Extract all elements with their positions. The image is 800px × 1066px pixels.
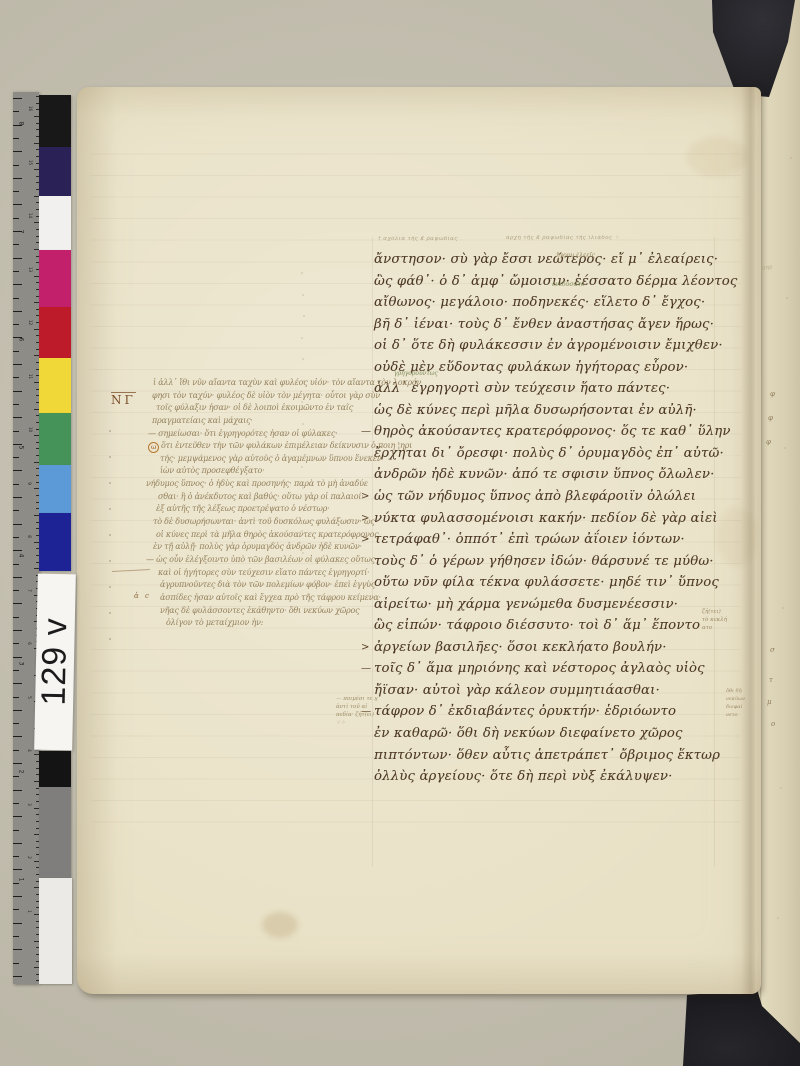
edge-speck (786, 297, 788, 299)
folio-number-card: 129 v (34, 574, 76, 751)
ruler-tick (13, 364, 22, 365)
main-text-block: ἄνστησον· σὺ γὰρ ἔσσι νεώτερος· εἴ μ᾽ ἐλ… (374, 249, 730, 788)
scholion-line: πραγματείαις καὶ μάχαις· (152, 415, 390, 428)
pricking-dot (109, 534, 111, 536)
ruler-number-right: 14 (28, 213, 33, 218)
scholion-line: ἐξ αὐτῆς τῆς λέξεως προετρέψατο ὁ νέστωρ… (156, 503, 390, 516)
ruler-tick (13, 736, 22, 737)
ruler-tick (13, 976, 22, 977)
scholion-line: τὸ δὲ δυσωρήσωνται· ἀντὶ τοῦ δυσκόλως φυ… (153, 516, 390, 529)
scholion-text: ἐξ αὐτῆς τῆς λέξεως προετρέψατο ὁ νέστωρ… (156, 504, 330, 513)
main-text-line: ὣς εἰπών· τάφροιο διέσσυτο· τοὶ δ᾽ ἅμ᾽ ἕ… (374, 615, 730, 637)
quire-mark: ΝΓ (111, 392, 136, 407)
ruler-tick (13, 763, 22, 764)
show-through-dot (302, 358, 304, 360)
scholion-line: ὀλίγον τὸ μεταίχμιον ἦν: (166, 617, 390, 630)
margin-note-line: — ποιμέσι τε ϗ (336, 695, 378, 703)
color-patch-white (39, 196, 71, 250)
interlinear-gloss: ἐνεδύσατο (552, 281, 584, 288)
margin-note-line: τὸ κεκλή (702, 616, 727, 624)
ruler-tick (13, 431, 19, 432)
ruler-tick (13, 258, 22, 259)
faded-header-right: ἀρχὴ τῆς κ̄ ῥαψωδίας τῆς ἰλιάδος ⁘ (506, 235, 652, 241)
edge-speck (777, 917, 779, 919)
scholion-line: ἐν τῇ αὐλῇ· πολὺς γὰρ ὀρυμαγδὸς ἀνδρῶν ἠ… (153, 541, 390, 554)
scholion-line: — ὡς οὖν ἐλέγξοιντο ὑπὸ τῶν βασιλέων οἱ … (146, 554, 390, 567)
margin-note-line: ζή(τει) (702, 608, 727, 616)
scholion-text: ὀλίγον τὸ μεταίχμιον ἦν: (166, 618, 263, 627)
ruler-tick (13, 617, 19, 618)
main-text-line: ὡς δὲ κύνες περὶ μῆλα δυσωρήσονται ἐν αὐ… (374, 400, 730, 422)
scholion-text: οἱ κύνες περὶ τὰ μῆλα θηρὸς ἀκούσαντες κ… (156, 530, 379, 539)
ruler-tick (13, 178, 22, 179)
grayscale-patch-black (39, 751, 71, 787)
manuscript-photo-page: { "photo": { "description_visible": "pho… (0, 0, 800, 1066)
main-text-line: ἀλλ᾽ ἐγρηγορτὶ σὺν τεύχεσιν ἥατο πάντες· (374, 378, 730, 400)
main-text-line: >ὡς τῶν νήδυμος ὕπνος ἀπὸ βλεφάροιϊν ὀλώ… (374, 486, 730, 508)
ruler-number-left: 1 (17, 878, 24, 882)
scholion-text: νήδυμος ὕπνος· ὁ ἡδὺς καὶ προσηνής· παρὰ… (146, 479, 368, 488)
fore-edge-mark: φ (766, 438, 771, 446)
ruler-tick (13, 590, 19, 591)
color-patch-yellow (39, 358, 71, 413)
main-text-line: —τάφρον δ᾽ ἐκδιαβάντες ὀρυκτήν· ἑδριόωντ… (374, 701, 730, 723)
ruler-tick (13, 404, 19, 405)
scholion-line: ἰὼν αὐτὸς προσεφθέγξατο· (160, 465, 390, 478)
ruler-tick (13, 151, 22, 152)
scholion-text: νῆας δὲ φυλάσσοντες ἐκάθηντο· ὅθι νεκύων… (160, 606, 359, 615)
margin-note-line: νετο (726, 711, 745, 719)
margin-note-line: ⁘⁘ (336, 719, 378, 727)
ruler-tick (13, 204, 22, 205)
ruler-tick (13, 963, 19, 964)
color-patch-red (39, 307, 71, 358)
main-text-line: αἱρείτω· μὴ χάρμα γενώμεθα δυσμενέεσσιν· (374, 594, 730, 616)
pricking-dot (109, 508, 111, 510)
edge-speck (784, 447, 786, 449)
main-text-line: ἔρχηται δι᾽ ὄρεσφι· πολὺς δ᾽ ὀρυμαγδὸς ἐ… (374, 443, 730, 465)
ruler-tick (13, 577, 22, 578)
fore-edge-mark: μ (767, 698, 772, 706)
ruler-number-right: 13 (28, 266, 33, 271)
ruler-tick (13, 138, 19, 139)
scholion-line: νήδυμος ὕπνος· ὁ ἡδὺς καὶ προσηνής· παρὰ… (146, 478, 390, 491)
margin-note-line: ἀντὶ τοῦ αἱ (336, 703, 378, 711)
edge-speck (790, 157, 792, 159)
faded-header-left: † σχόλια τῆς κ̄ ῥαψωδίας (378, 236, 470, 242)
scholion-text: ἀγρυπνοῦντες διὰ τὸν τῶν πολεμίων φόβον·… (160, 580, 375, 589)
margin-mark: — (361, 658, 371, 680)
main-text-line: —τοῖς δ᾽ ἅμα μηριόνης καὶ νέστορος ἀγλαὸ… (374, 658, 730, 680)
ruler-tick (13, 191, 19, 192)
pricking-dot (109, 482, 111, 484)
ruler-tick (13, 298, 19, 299)
ruler-number-right: 12 (28, 320, 33, 325)
scholion-text: φησι τὸν ταχύν· φυλέος δὲ υἱὸν τὸν μέγητ… (152, 391, 380, 400)
scholion-text: καὶ οἱ ἡγήτορες σὺν τεύχεσιν εἵατο πάντε… (158, 568, 369, 577)
edge-speck (782, 607, 784, 609)
margin-note-line: διεφαί (726, 703, 745, 711)
ruler-number-left: 7 (17, 230, 24, 234)
ruler-tick (13, 697, 19, 698)
main-text-line: ἐν καθαρῶ· ὅθι δὴ νεκύων διεφαίνετο χῶρο… (374, 723, 730, 745)
ruler-tick (13, 643, 19, 644)
main-text-line: —θηρὸς ἀκούσαντες κρατερόφρονος· ὅς τε κ… (374, 421, 730, 443)
ruler-tick (13, 803, 19, 804)
ruler-tick (13, 324, 19, 325)
scholion-line: ἀγρυπνοῦντες διὰ τὸν τῶν πολεμίων φόβον·… (160, 579, 390, 592)
scholion-text: σθαι· ἢ ὁ ἀνέκδυτος καὶ βαθύς· οὕτω γὰρ … (158, 492, 364, 501)
ruler-number-right: 10 (28, 427, 33, 432)
ruler-tick (13, 165, 19, 166)
ruler-tick (13, 869, 22, 870)
scholion-text: ἰ ἀλλ᾽ ἴθι νῦν αἴαντα ταχὺν καὶ φυλέος υ… (153, 378, 421, 387)
scholion-line: καὶ οἱ ἡγήτορες σὺν τεύχεσιν εἵατο πάντε… (158, 567, 390, 580)
ruler-number-right: 15 (28, 159, 33, 164)
margin-note-left: — ποιμέσι τε ϗἀντὶ τοῦ αἱπεδία· ζήτ(ει)⁘… (336, 695, 378, 727)
margin-note-line: πεδία· ζήτ(ει) (336, 711, 378, 719)
grayscale-patch-white (39, 878, 72, 984)
ruler-number-left: 8 (17, 122, 24, 126)
ruler-number-right: 9 (27, 482, 32, 485)
margin-note-right-1: ζή(τει)τὸ κεκλήατο (702, 608, 727, 632)
ruler-tick (13, 218, 19, 219)
margin-mark: > (361, 637, 370, 659)
ruler-number-right: 8 (27, 535, 32, 538)
main-text-line: >ἀργείων βασιλῆες· ὅσοι κεκλήατο βουλήν· (374, 637, 730, 659)
ruler-tick (13, 284, 22, 285)
main-text-line: αἴθωνος· μεγάλοιο· ποδηνεκές· εἵλετο δ᾽ … (374, 292, 730, 314)
scholion-initial: ω (148, 442, 159, 453)
scholion-line: νῆας δὲ φυλάσσοντες ἐκάθηντο· ὅθι νεκύων… (160, 605, 390, 618)
ruler-number-right: 1 (27, 910, 32, 913)
color-patch-green (39, 413, 71, 465)
main-text-line: >τετράφαθ᾽· ὁππότ᾽ ἐπὶ τρώων ἀΐοιεν ἰόντ… (374, 529, 730, 551)
ruler-tick (13, 377, 19, 378)
scholion-text: ἰὼν αὐτὸς προσεφθέγξατο· (160, 466, 264, 475)
ruler-number-right: 2 (27, 856, 32, 859)
ruler-tick (13, 457, 19, 458)
grayscale-patch-gray (39, 787, 71, 878)
fore-edge-mark: σ (770, 646, 775, 654)
scholion-line: τοῖς φύλαξιν ἦσαν· οἱ δὲ λοιποὶ ἐκοιμῶντ… (156, 402, 390, 415)
ruler-tick (13, 244, 19, 245)
ruler-number-left: 5 (17, 446, 24, 450)
ruler-tick (13, 630, 22, 631)
scholion-line: ἀσπίδες ἦσαν αὐτοῖς καὶ ἔγχεα πρὸ τῆς τά… (160, 592, 390, 605)
color-patch-dark-violet (39, 147, 71, 196)
ruler-tick (13, 111, 19, 112)
main-text-line: ὀλλὺς ἀργείους· ὅτε δὴ περὶ νὺξ ἐκάλυψεν… (374, 766, 730, 788)
fore-edge-mark: φ (768, 414, 773, 422)
margin-note-line: νεκύων (726, 695, 745, 703)
scholion-line: ἰ ἀλλ᾽ ἴθι νῦν αἴαντα ταχὺν καὶ φυλέος υ… (153, 377, 390, 390)
ruler-number-right: 6 (27, 642, 32, 645)
scholion-text: — σημείωσαι· ὅτι ἐγρηγορότες ἦσαν οἱ φύλ… (148, 429, 337, 438)
ruler-number-left: 6 (17, 338, 24, 342)
fore-edge-mark: φ (770, 390, 775, 398)
scholion-text: τὸ δὲ δυσωρήσωνται· ἀντὶ τοῦ δυσκόλως φυ… (153, 517, 375, 526)
main-text-line: βῆ δ᾽ ἰέναι· τοὺς δ᾽ ἔνθεν ἀναστήσας ἄγε… (374, 314, 730, 336)
scholion-text: ἐν τῇ αὐλῇ· πολὺς γὰρ ὀρυμαγδὸς ἀνδρῶν ἠ… (153, 542, 362, 551)
ruler-number-left: 2 (17, 770, 24, 774)
ruler-tick (13, 564, 19, 565)
main-text-line: τοὺς δ᾽ ὁ γέρων γήθησεν ἰδών· θάρσυνέ τε… (374, 551, 730, 573)
ruler-tick (13, 670, 19, 671)
ruler-tick (13, 909, 19, 910)
main-text-line: ἤϊσαν· αὐτοὶ γὰρ κάλεον συμμητιάασθαι· (374, 680, 730, 702)
ruler-number-left: 4 (17, 554, 24, 558)
margin-note-right-2: ὅθι δὴνεκύωνδιεφαίνετο (726, 687, 745, 719)
ruler-tick (13, 603, 22, 604)
scholion-text: ἀσπίδες ἦσαν αὐτοῖς καὶ ἔγχεα πρὸ τῆς τά… (160, 593, 381, 602)
color-patch-black (39, 95, 71, 147)
scholion-line: σθαι· ἢ ὁ ἀνέκδυτος καὶ βαθύς· οὕτω γὰρ … (158, 491, 390, 504)
ruler-tick (13, 271, 19, 272)
ruler-tick (13, 816, 22, 817)
ruler-number-right: 16 (28, 106, 33, 111)
fore-edge-scrawl: σημ (761, 263, 773, 272)
photographic-ruler: 8765432116151413121110987654321 (13, 92, 39, 984)
ruler-number-right: 11 (28, 373, 33, 378)
ruler-tick (13, 311, 22, 312)
show-through-dot (301, 337, 303, 339)
folio-number-label: 129 v (34, 601, 76, 722)
ruler-tick (13, 497, 22, 498)
pricking-dot (109, 612, 111, 614)
ruler-number-right: 4 (27, 749, 32, 752)
pricking-dot (109, 560, 111, 562)
ruler-tick (13, 896, 22, 897)
ruler-tick (13, 790, 22, 791)
ruler-tick (13, 723, 19, 724)
ruler-tick (13, 936, 19, 937)
pricking-dot (109, 456, 111, 458)
ruler-tick (13, 417, 22, 418)
ruler-tick (13, 351, 19, 352)
scholion-text: πραγματείαις καὶ μάχαις· (152, 416, 253, 425)
color-patch-light-blue (39, 465, 71, 513)
ruler-number-right: 7 (27, 589, 32, 592)
show-through-dot (301, 272, 303, 274)
ruler-tick (13, 710, 22, 711)
main-text-line: >νύκτα φυλασσομένοισι κακήν· πεδίον δὲ γ… (374, 508, 730, 530)
interlinear-gloss: γρηγορούντως (394, 370, 438, 377)
scholion-text: τής· μεμψάμενος γὰρ αὐτοὺς ὁ ἀγαμέμνων ὕ… (160, 454, 381, 463)
scholion-text: ὅτι ἐντεῦθεν τὴν τῶν φυλάκων ἐπιμέλειαν … (161, 441, 412, 450)
ruler-number-left: 3 (17, 662, 24, 666)
stain (687, 137, 747, 177)
ruler-tick (13, 657, 22, 658)
ruler-tick (13, 856, 19, 857)
fore-edge-mark: ο (771, 720, 775, 728)
main-text-line: ἄνστησον· σὺ γὰρ ἔσσι νεώτερος· εἴ μ᾽ ἐλ… (374, 249, 730, 271)
scholion-text: — ὡς οὖν ἐλέγξοιντο ὑπὸ τῶν βασιλέων οἱ … (146, 555, 375, 564)
marginal-scholia-block: ἰ ἀλλ᾽ ἴθι νῦν αἴαντα ταχὺν καὶ φυλέος υ… (148, 377, 390, 630)
ruler-tick (13, 470, 22, 471)
ruler-tick (13, 524, 22, 525)
show-through-dot (303, 315, 305, 317)
color-calibration-patches (39, 95, 71, 571)
main-text-line: οἱ δ᾽ ὅτε δὴ φυλάκεσσιν ἐν ἀγρομένοισιν … (374, 335, 730, 357)
ruler-tick (13, 537, 19, 538)
interlinear-gloss: ἤγουν ἐλεεῖς (556, 252, 595, 259)
fore-edge-mark: τ (769, 676, 773, 684)
scholion-line: φησι τὸν ταχύν· φυλέος δὲ υἱὸν τὸν μέγητ… (152, 390, 390, 403)
scholion-line: ωὅτι ἐντεῦθεν τὴν τῶν φυλάκων ἐπιμέλειαν… (148, 440, 390, 453)
stain (262, 912, 298, 938)
scholion-line: οἱ κύνες περὶ τὰ μῆλα θηρὸς ἀκούσαντες κ… (156, 529, 390, 542)
pricking-dot (109, 586, 111, 588)
ruler-tick (13, 683, 22, 684)
scholion-line: — σημείωσαι· ὅτι ἐγρηγορότες ἦσαν οἱ φύλ… (148, 428, 390, 441)
main-text-line: οὕτω νῦν φίλα τέκνα φυλάσσετε· μηδέ τιν᾽… (374, 572, 730, 594)
margin-note-line: ὅθι δὴ (726, 687, 745, 695)
color-patch-magenta (39, 250, 71, 307)
ruler-tick (13, 883, 19, 884)
ruler-tick (13, 843, 22, 844)
scholion-text: τοῖς φύλαξιν ἦσαν· οἱ δὲ λοιποὶ ἐκοιμῶντ… (156, 403, 353, 412)
pricking-dot (109, 638, 111, 640)
ruler-tick (13, 391, 22, 392)
main-text-line: πιπτόντων· ὅθεν αὖτις ἀπετράπετ᾽ ὄβριμος… (374, 745, 730, 767)
ruler-tick (13, 98, 22, 99)
margin-note-line: ατο (702, 624, 727, 632)
ruler-tick (13, 750, 19, 751)
ruler-tick (13, 923, 22, 924)
ruler-tick (13, 830, 19, 831)
color-patch-dark-blue (39, 513, 71, 571)
ruler-tick (13, 484, 19, 485)
main-text-line: ἀνδρῶν ἠδὲ κυνῶν· ἀπό τε σφισιν ὕπνος ὄλ… (374, 464, 730, 486)
scholia-siglum: ἀ c (134, 592, 151, 600)
ruler-tick (13, 510, 19, 511)
ruler-tick (13, 776, 19, 777)
ruler-tick (13, 550, 22, 551)
scholion-line: τής· μεμψάμενος γὰρ αὐτοὺς ὁ ἀγαμέμνων ὕ… (160, 453, 390, 466)
ruler-tick (13, 949, 22, 950)
show-through-dot (302, 294, 304, 296)
pricking-dot (109, 430, 111, 432)
ruler-number-right: 3 (27, 803, 32, 806)
edge-speck (780, 787, 782, 789)
ruler-number-right: 5 (27, 696, 32, 699)
